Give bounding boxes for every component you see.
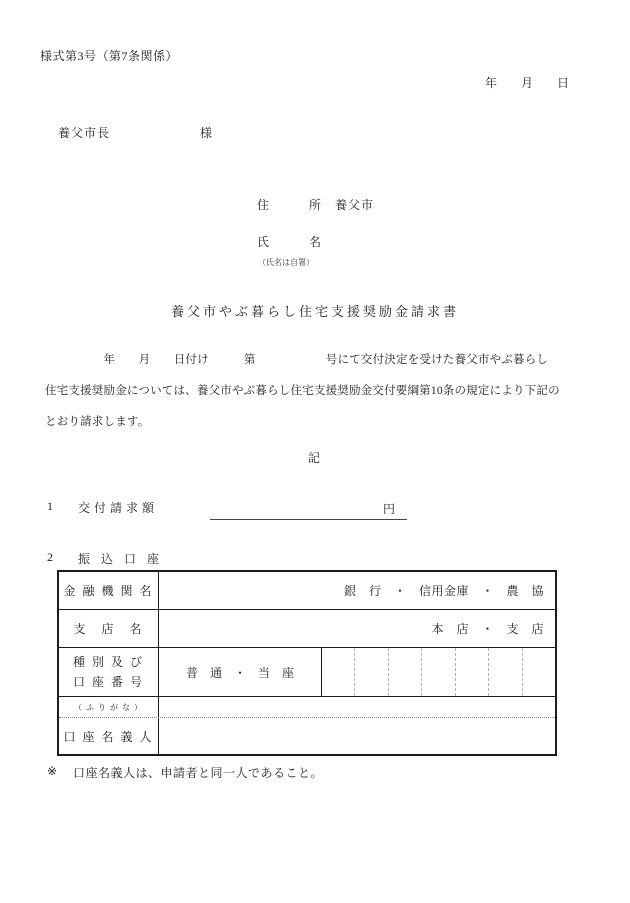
form-number: 様式第3号（第7条関係） bbox=[40, 47, 178, 64]
furigana-label: （ ふ り が な ） bbox=[59, 697, 159, 717]
note-text: 口座名義人は、申請者と同一人であること。 bbox=[73, 764, 323, 781]
note-marker: ※ bbox=[47, 764, 57, 779]
branch-name-options: 本 店 ・ 支 店 bbox=[159, 610, 555, 647]
account-type-label-line1: 種 別 及 び bbox=[73, 652, 144, 672]
claim-amount-unit: 円 bbox=[383, 500, 395, 517]
body-paragraph-line-2: 住宅支援奨励金については、養父市やぶ暮らし住宅支援奨励金交付要綱第10条の規定に… bbox=[45, 382, 560, 398]
table-row-financial-institution: 金 融 機 関 名 銀 行 ・ 信用金庫 ・ 農 協 bbox=[59, 572, 555, 610]
account-type-number-label: 種 別 及 び 口 座 番 号 bbox=[59, 648, 159, 696]
account-number-cell bbox=[421, 648, 454, 696]
bank-account-table: 金 融 機 関 名 銀 行 ・ 信用金庫 ・ 農 協 支 店 名 本 店 ・ 支… bbox=[57, 570, 557, 756]
account-holder-label: 口 座 名 義 人 bbox=[59, 718, 159, 754]
item2-number: 2 bbox=[47, 550, 53, 565]
account-number-cell bbox=[522, 648, 555, 696]
document-title: 養父市やぶ暮らし住宅支援奨励金請求書 bbox=[0, 301, 630, 320]
account-type-options: 普 通 ・ 当 座 bbox=[159, 648, 322, 696]
document-page: 様式第3号（第7条関係） 年 月 日 養父市長 様 住 所 養父市 氏 名 （氏… bbox=[0, 0, 630, 903]
item2-label: 振 込 口 座 bbox=[78, 550, 163, 567]
account-number-cell bbox=[322, 648, 354, 696]
financial-institution-options: 銀 行 ・ 信用金庫 ・ 農 協 bbox=[159, 572, 555, 609]
financial-institution-label: 金 融 機 関 名 bbox=[59, 572, 159, 609]
table-row-account-type-number: 種 別 及 び 口 座 番 号 普 通 ・ 当 座 bbox=[59, 648, 555, 697]
applicant-name-line: 氏 名 bbox=[257, 233, 322, 250]
branch-name-label: 支 店 名 bbox=[59, 610, 159, 647]
body-paragraph-line-1: 年 月 日付け 第 号にて交付決定を受けた養父市やぶ暮らし bbox=[45, 351, 548, 367]
applicant-name-note: （氏名は自署） bbox=[258, 257, 314, 268]
table-row-account-holder: 口 座 名 義 人 bbox=[59, 718, 555, 754]
account-number-cell bbox=[455, 648, 488, 696]
account-number-cell bbox=[354, 648, 387, 696]
addressee-honorific: 様 bbox=[200, 124, 212, 141]
item1-label: 交付請求額 bbox=[78, 499, 158, 516]
addressee-name: 養父市長 bbox=[58, 124, 110, 141]
account-number-cell bbox=[488, 648, 521, 696]
claim-amount-blank-line bbox=[210, 499, 407, 520]
item1-number: 1 bbox=[47, 499, 53, 514]
account-number-cell bbox=[388, 648, 421, 696]
furigana-blank-cell bbox=[159, 697, 555, 717]
date-blank-line: 年 月 日 bbox=[485, 74, 569, 91]
body-paragraph-line-3: とおり請求します。 bbox=[45, 413, 149, 429]
account-number-grid bbox=[322, 648, 555, 696]
table-row-branch-name: 支 店 名 本 店 ・ 支 店 bbox=[59, 610, 555, 648]
account-type-label-line2: 口 座 番 号 bbox=[73, 672, 144, 692]
table-row-furigana: （ ふ り が な ） bbox=[59, 697, 555, 718]
applicant-address-line: 住 所 養父市 bbox=[257, 196, 374, 213]
ki-heading: 記 bbox=[0, 449, 630, 466]
account-holder-blank-cell bbox=[159, 718, 555, 754]
